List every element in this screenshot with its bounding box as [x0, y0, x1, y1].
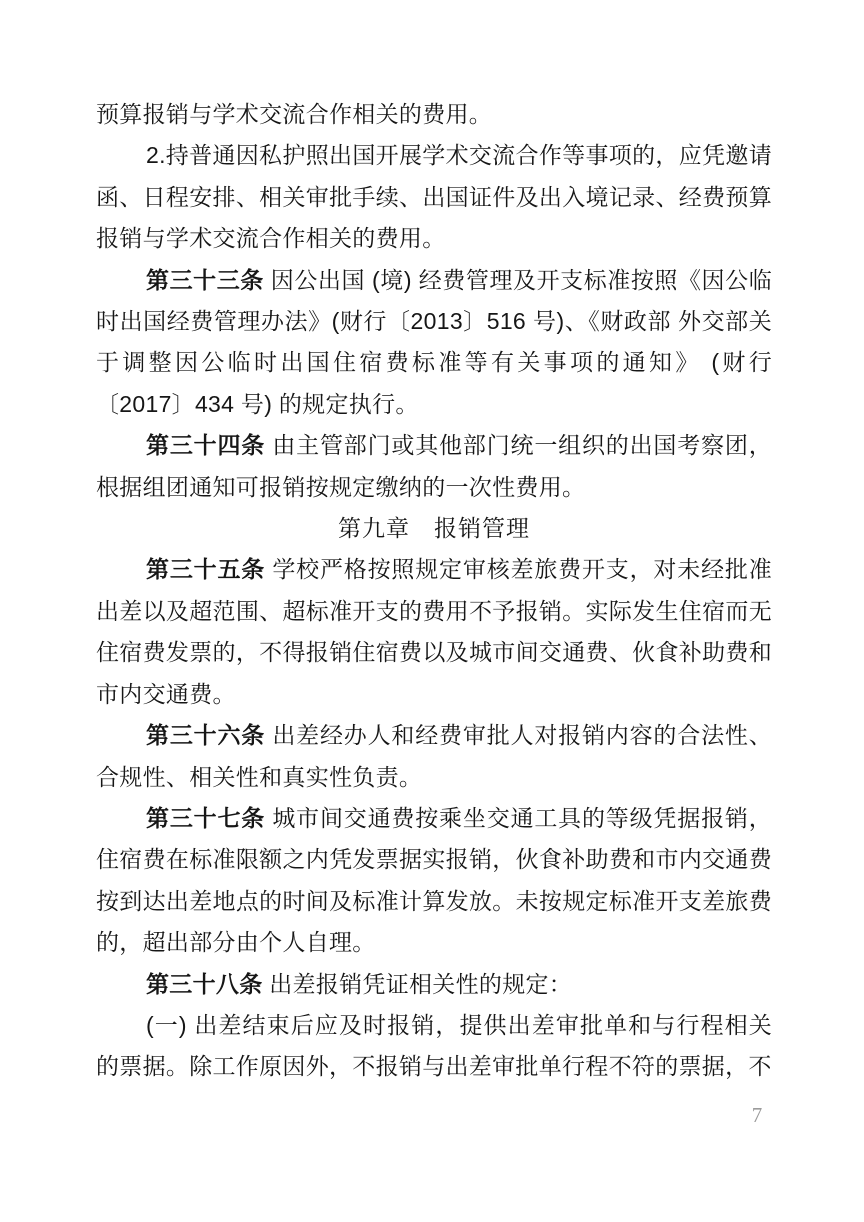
- document-body: 预算报销与学术交流合作相关的费用。 2.持普通因私护照出国开展学术交流合作等事项…: [96, 94, 772, 1088]
- article-lead: 第三十六条: [146, 722, 265, 748]
- paragraph-text: (一) 出差结束后应及时报销，提供出差审批单和与行程相关的票据。除工作原因外，不…: [96, 1012, 772, 1079]
- paragraph-text: 出差报销凭证相关性的规定：: [263, 971, 573, 997]
- paragraph-article-36: 第三十六条 出差经办人和经费审批人对报销内容的合法性、合规性、相关性和真实性负责…: [96, 715, 772, 798]
- paragraph-article-35: 第三十五条 学校严格按照规定审核差旅费开支，对未经批准出差以及超范围、超标准开支…: [96, 549, 772, 715]
- paragraph-item-1: (一) 出差结束后应及时报销，提供出差审批单和与行程相关的票据。除工作原因外，不…: [96, 1005, 772, 1088]
- paragraph: 2.持普通因私护照出国开展学术交流合作等事项的，应凭邀请函、日程安排、相关审批手…: [96, 135, 772, 259]
- article-lead: 第三十七条: [146, 805, 265, 831]
- paragraph-continuation: 预算报销与学术交流合作相关的费用。: [96, 94, 772, 135]
- article-lead: 第三十三条: [146, 267, 264, 293]
- article-lead: 第三十四条: [146, 432, 265, 458]
- chapter-heading-text: 第九章 报销管理: [338, 515, 530, 541]
- paragraph-text: 预算报销与学术交流合作相关的费用。: [96, 101, 492, 127]
- document-page: 预算报销与学术交流合作相关的费用。 2.持普通因私护照出国开展学术交流合作等事项…: [0, 0, 864, 1222]
- paragraph-article-33: 第三十三条 因公出国 (境) 经费管理及开支标准按照《因公临时出国经费管理办法》…: [96, 260, 772, 426]
- article-lead: 第三十八条: [146, 971, 263, 997]
- page-number: 7: [744, 1102, 770, 1128]
- paragraph-article-37: 第三十七条 城市间交通费按乘坐交通工具的等级凭据报销，住宿费在标准限额之内凭发票…: [96, 798, 772, 964]
- chapter-heading: 第九章 报销管理: [96, 508, 772, 549]
- paragraph-text: 2.持普通因私护照出国开展学术交流合作等事项的，应凭邀请函、日程安排、相关审批手…: [96, 142, 772, 251]
- paragraph-article-34: 第三十四条 由主管部门或其他部门统一组织的出国考察团，根据组团通知可报销按规定缴…: [96, 425, 772, 508]
- paragraph-article-38: 第三十八条 出差报销凭证相关性的规定：: [96, 964, 772, 1005]
- article-lead: 第三十五条: [146, 556, 265, 582]
